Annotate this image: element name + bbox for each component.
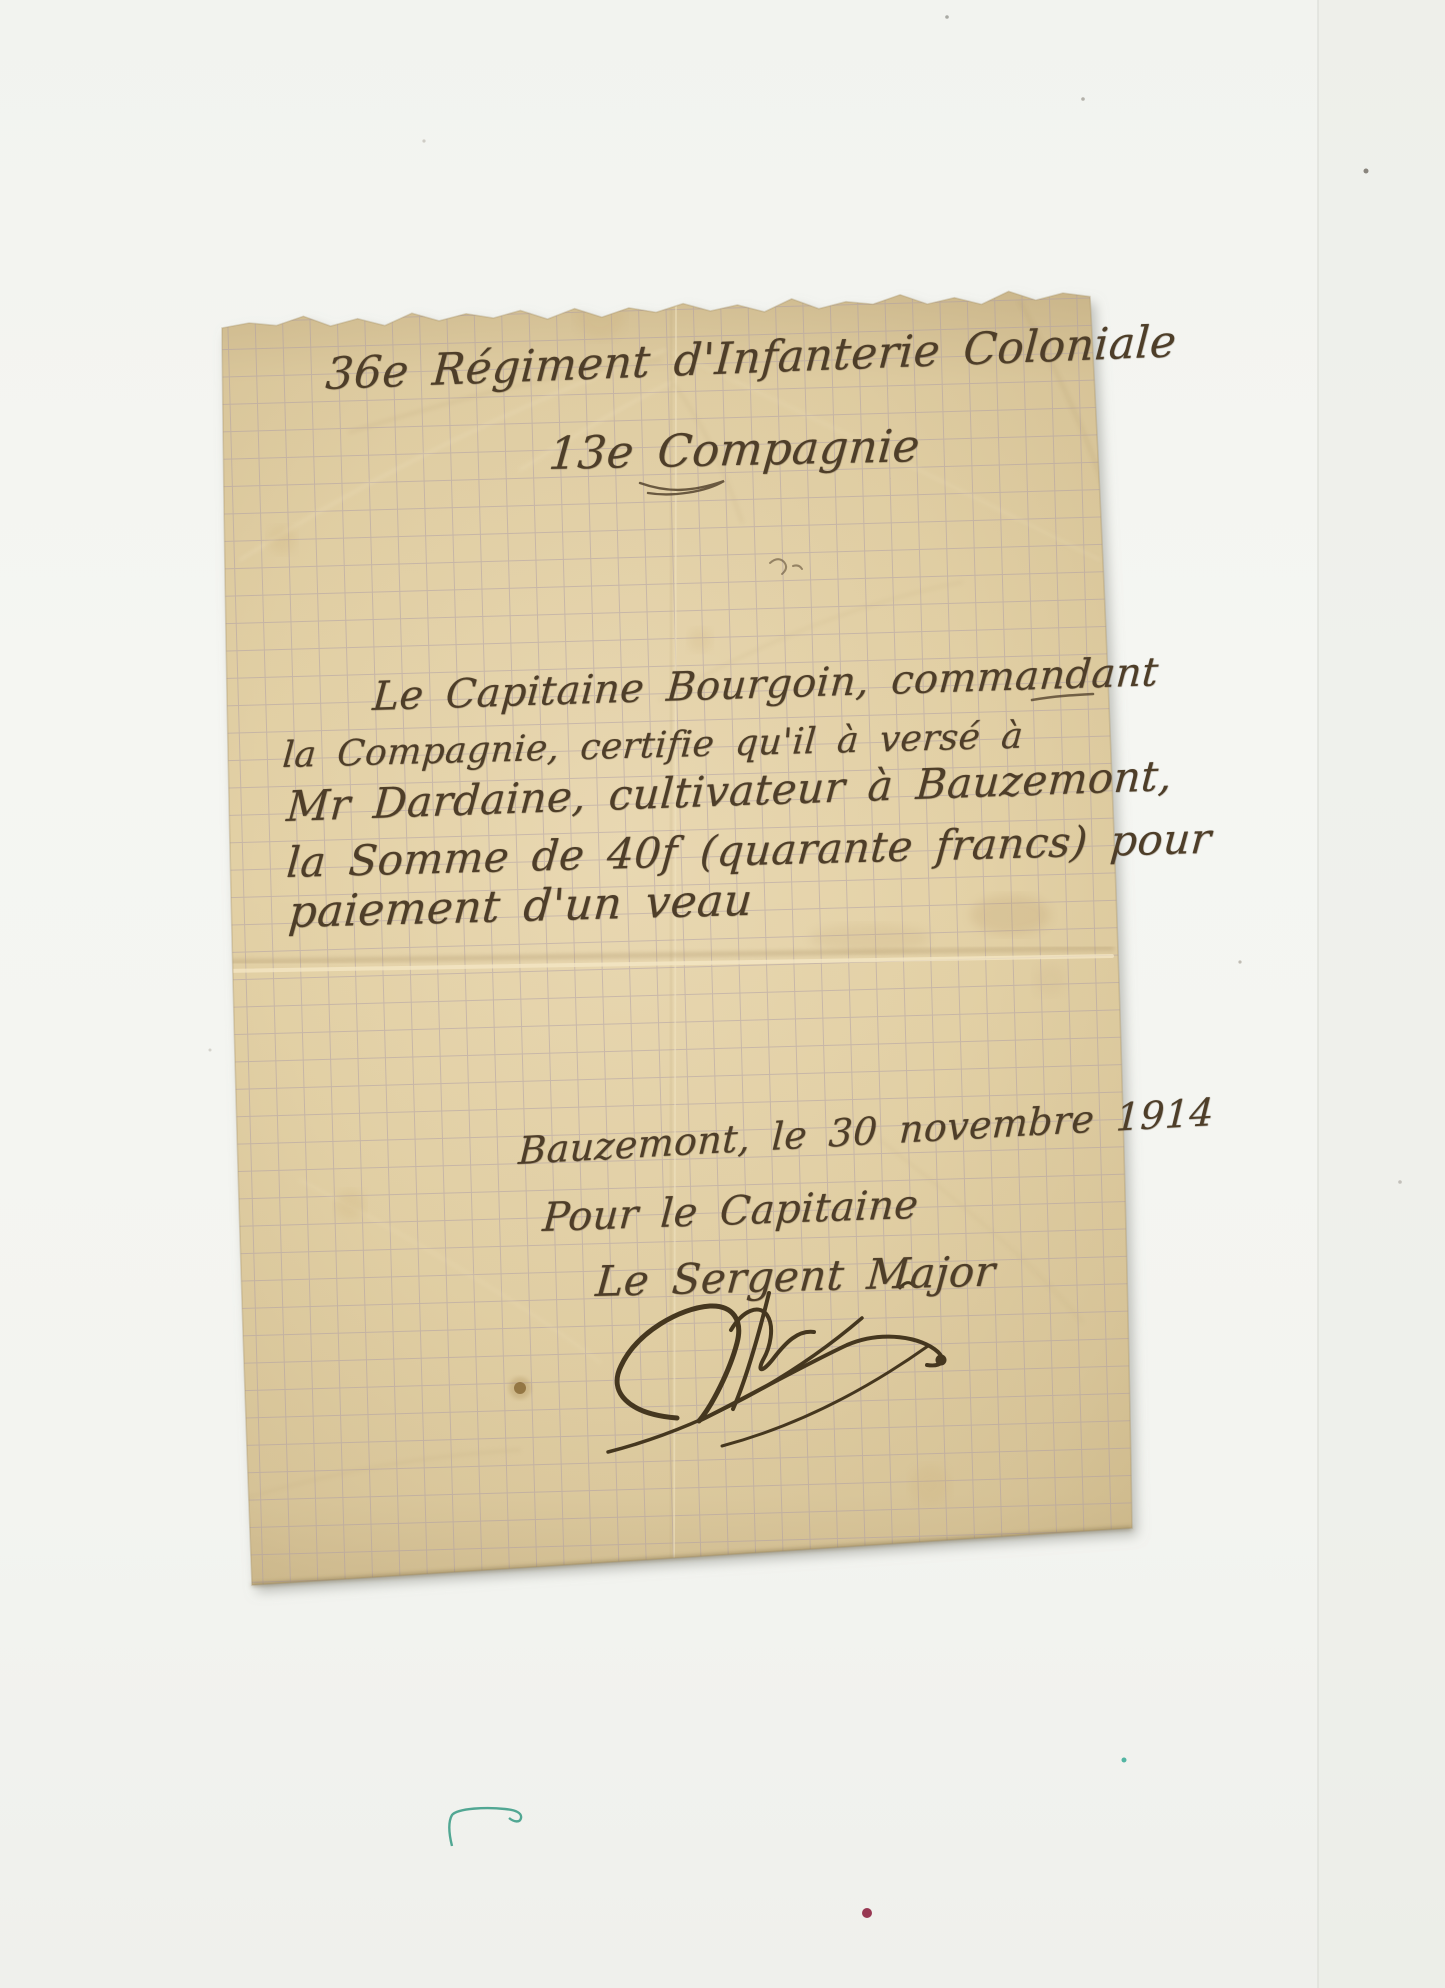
- body-line-5: paiement d'un veau: [287, 875, 755, 938]
- signoff-line-1: Pour le Capitaine: [541, 1182, 920, 1241]
- signoff-line-2: Le Sergent Major: [594, 1246, 997, 1306]
- date-line: Bauzemont, le 30 novembre 1914: [517, 1090, 1215, 1173]
- header-line-regiment: 36e Régiment d'Infanterie Coloniale: [324, 316, 1178, 400]
- handwriting-layer: 36e Régiment d'Infanterie Coloniale 13e …: [0, 0, 1445, 1988]
- scanned-handwritten-letter: 36e Régiment d'Infanterie Coloniale 13e …: [0, 0, 1445, 1988]
- header-line-company: 13e Compagnie: [547, 419, 922, 480]
- body-line-1: Le Capitaine Bourgoin, commandant: [371, 649, 1160, 720]
